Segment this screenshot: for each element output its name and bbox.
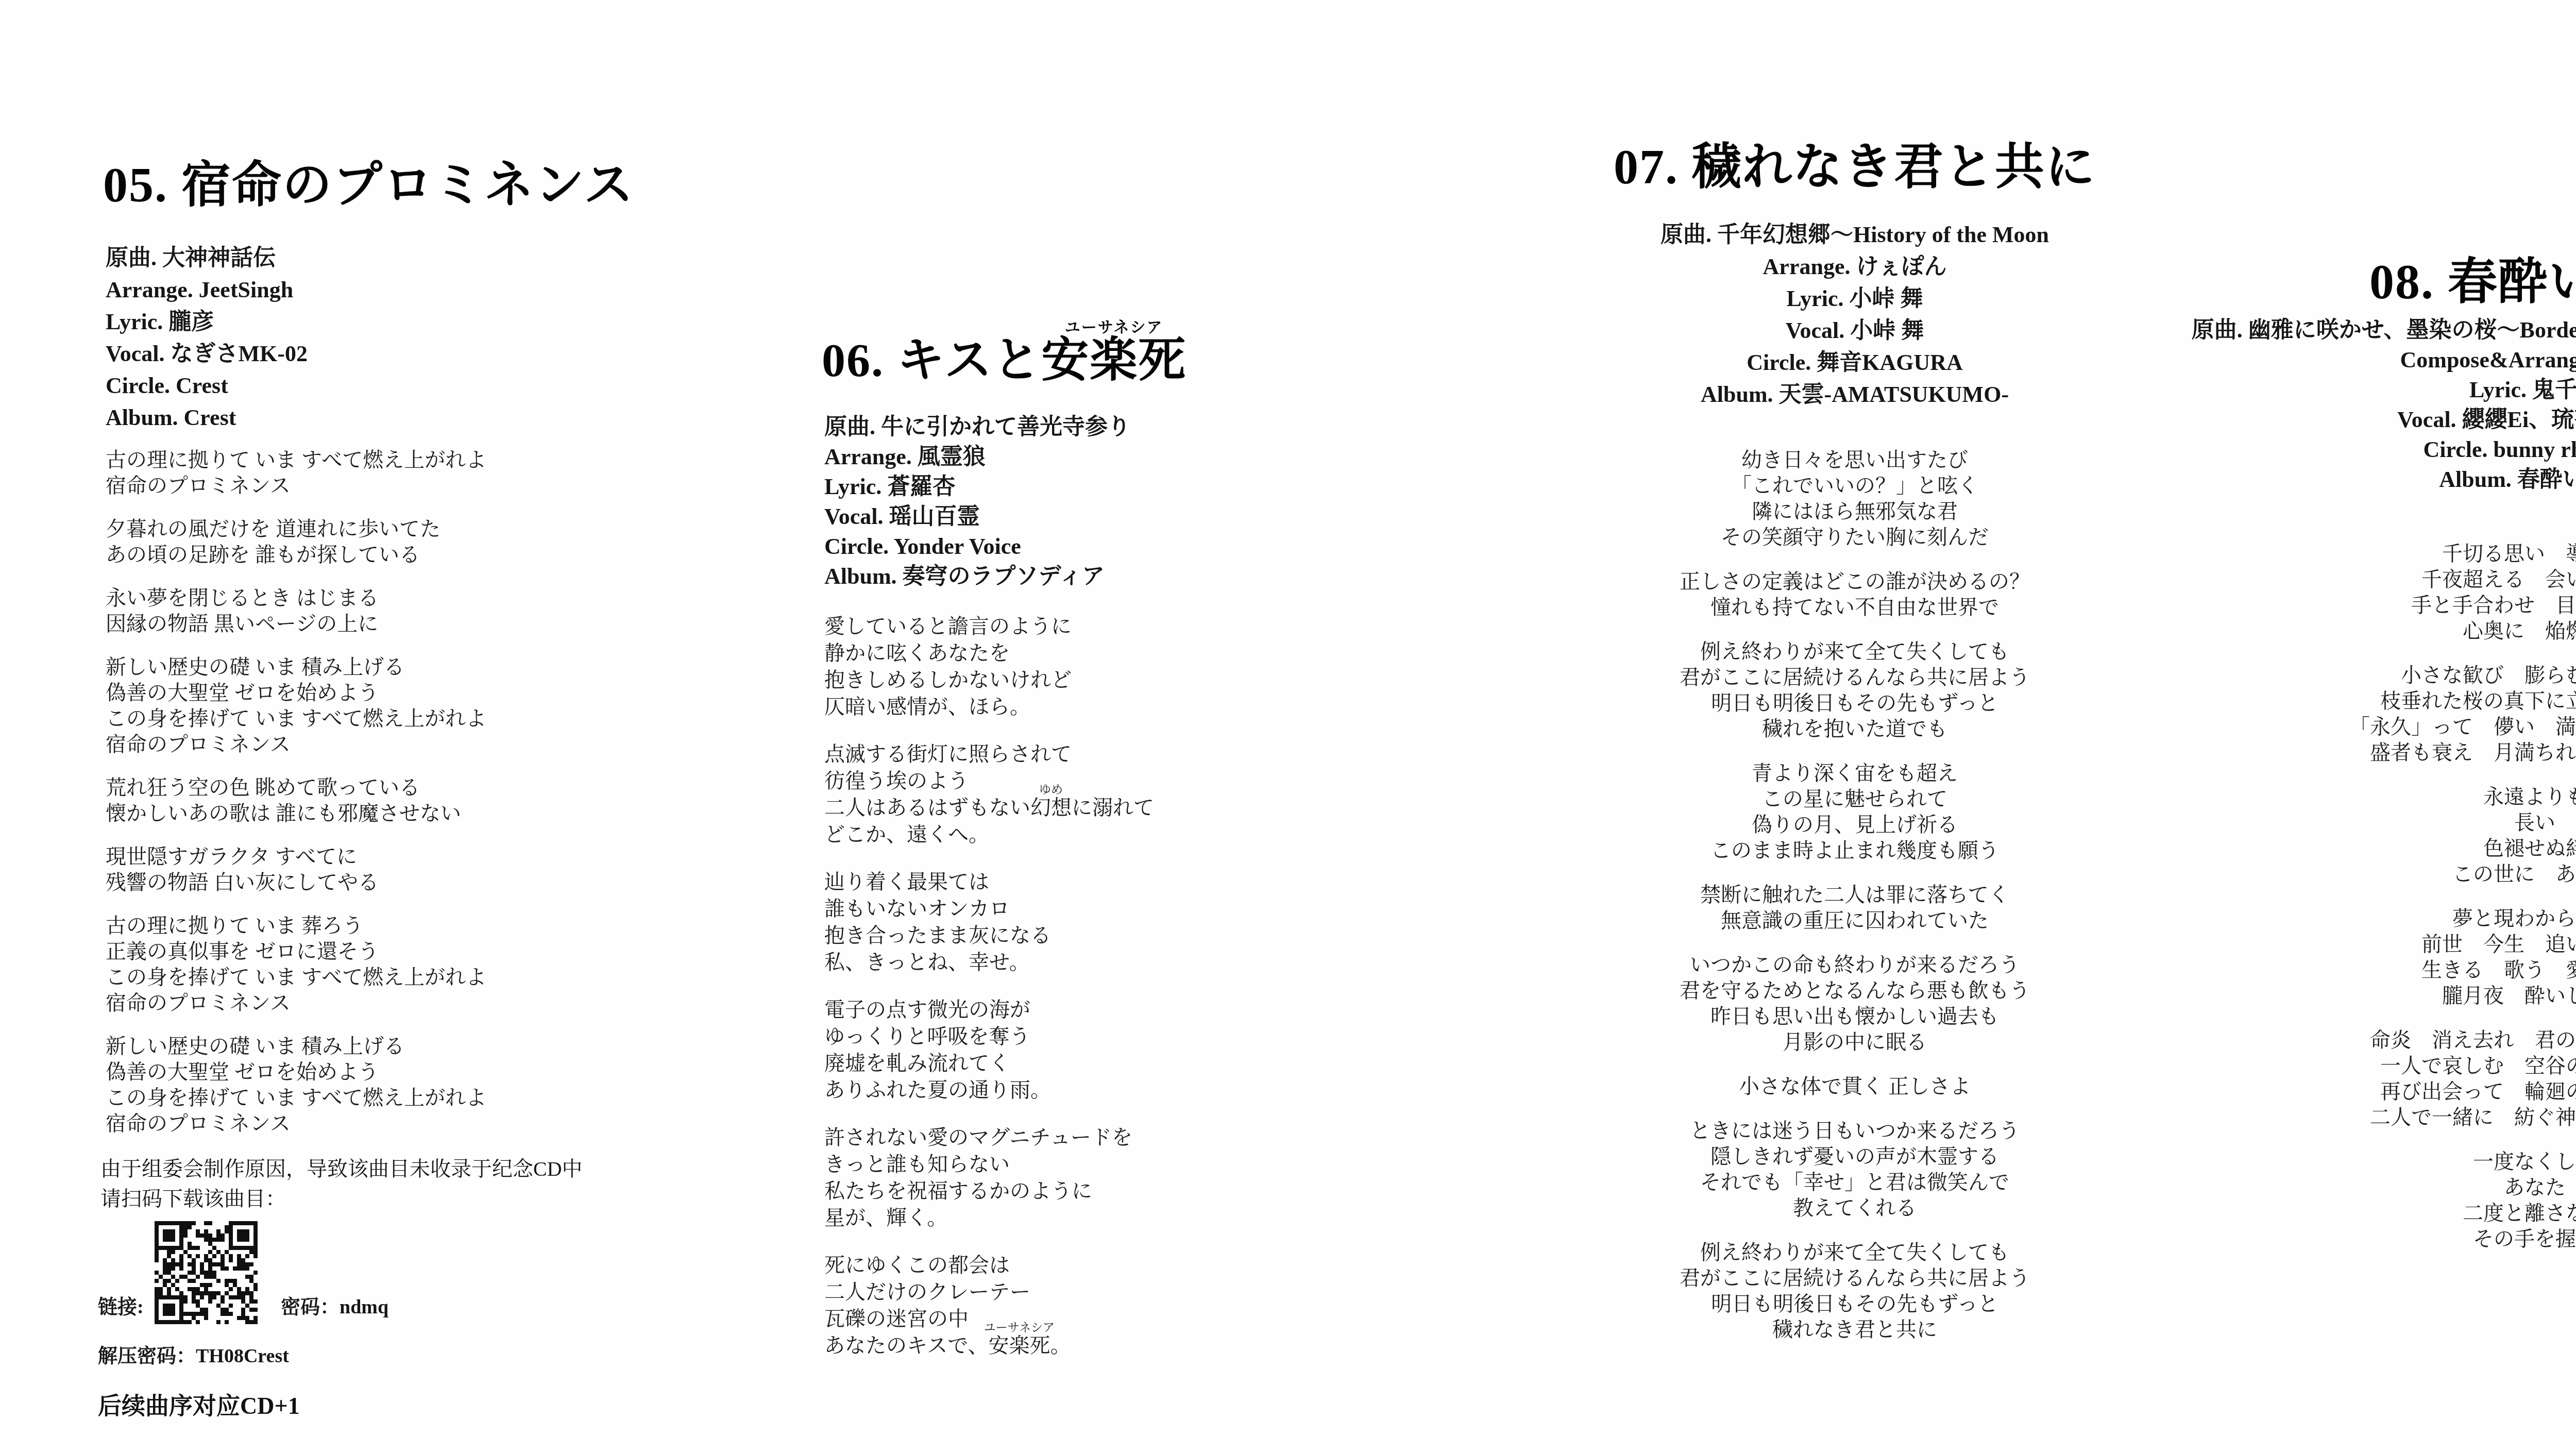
stanza-lines: 点滅する街灯に照らされて 彷徨う埃のよう [824, 741, 1468, 794]
ruby-line-post: 。 [1050, 1334, 1071, 1357]
stanza: 夕暮れの風だけを 道連れに歩いてた あの頃の足跡を 誰もが探している [106, 516, 750, 568]
stanza: 古の理に拠りて いま すべて燃え上がれよ 宿命のプロミネンス [106, 447, 750, 499]
ruby-line-pre: あなたのキスで、 [824, 1334, 988, 1357]
stanza: 禁断に触れた二人は罪に落ちてく 無意識の重圧に囚われていた [1520, 882, 2190, 934]
stanza: 例え終わりが来て全て失くしても 君がここに居続けるんなら共に居よう 明日も明後日… [1520, 639, 2190, 742]
song-06-lyrics: 愛していると譫言のように 静かに呟くあなたを 抱きしめるしかないけれど 仄暗い感… [824, 613, 1468, 1380]
stanza: 命炎 消え去れ 君の身抱いて慟哭 一人で哀しむ 空谷のような隙間 再び出会って … [2200, 1027, 2576, 1130]
stanza: 死にゆくこの都会は 二人だけのクレーテー 瓦礫の迷宮の中 あなたのキスで、ユーサ… [824, 1252, 1468, 1359]
stanza: 永い夢を閉じるとき はじまる 因縁の物語 黒いページの上に [106, 585, 750, 637]
ruby-text: ユーサネシア [984, 1322, 1055, 1333]
ruby-line-pre: 二人はあるはずもない [824, 796, 1030, 819]
song-05-title: 05. 宿命のプロミネンス [103, 157, 634, 213]
stanza: 新しい歴史の礎 いま 積み上げる 偽善の大聖堂 ゼロを始めよう この身を捧げて … [106, 654, 750, 757]
download-note: 由于组委会制作原因，导致该曲目未收录于纪念CD中 请扫码下载该曲目： [100, 1154, 822, 1214]
ruby-base: 幻想 [1030, 796, 1072, 819]
stanza: 新しい歴史の礎 いま 積み上げる 偽善の大聖堂 ゼロを始めよう この身を捧げて … [106, 1034, 750, 1137]
stanza: 夢と現わからずに 前世 今生 追いかける 生きる 歌う 愛し合う 朧月夜 酔いし… [2200, 906, 2576, 1009]
booklet-page: 05. 宿命のプロミネンス 原曲. 大神神話伝 Arrange. JeetSin… [0, 0, 2576, 1454]
song-06-credits: 原曲. 牛に引かれて善光寺参り Arrange. 風霊狼 Lyric. 蒼羅杏 … [824, 412, 1130, 591]
stanza: 正しさの定義はどこの誰が決めるの？ 憧れも持てない不自由な世界で [1520, 569, 2190, 620]
stanza: 電子の点す微光の海が ゆっくりと呼吸を奪う 廃墟を軋み流れてく ありふれた夏の通… [824, 996, 1468, 1104]
ruby-annotation: ユーサネシア安楽死 [988, 1332, 1050, 1359]
ruby-base: 安楽死 [1041, 334, 1187, 386]
qr-code [155, 1221, 258, 1324]
followup-note: 后续曲序对应CD+1 [98, 1387, 300, 1421]
ruby-line: あなたのキスで、ユーサネシア安楽死。 [824, 1332, 1468, 1359]
song-08-credits: 原曲. 幽雅に咲かせ、墨染の桜～Border of Life / ネクロファンタ… [2169, 315, 2576, 495]
link-label: 链接: [98, 1291, 144, 1319]
song-08-title: 08. 春酔い花唄 [2200, 253, 2576, 310]
song-06-title-pre: 06. キスと [822, 334, 1041, 386]
stanza: 辿り着く最果ては 誰もいないオンカロ 抱き合ったまま灰になる 私、きっとね、幸せ… [824, 869, 1468, 976]
ruby-text: ゆめ [1039, 784, 1063, 796]
song-07-lyrics: 幼き日々を思い出すたび 「これでいいの？」と呟く 隣にはほら無邪気な君 その笑顔… [1520, 447, 2190, 1361]
stanza-lines: どこか、遠くへ。 [824, 821, 1468, 848]
stanza: 現世隠すガラクタ すべてに 残響の物語 白い灰にしてやる [106, 844, 750, 895]
unzip-password-label: 解压密码：TH08Crest [98, 1340, 289, 1368]
stanza: 幼き日々を思い出すたび 「これでいいの？」と呟く 隣にはほら無邪気な君 その笑顔… [1520, 447, 2190, 550]
stanza-lines: 死にゆくこの都会は 二人だけのクレーテー 瓦礫の迷宮の中 [824, 1252, 1468, 1332]
download-note-line1: 由于组委会制作原因，导致该曲目未收录于纪念CD中 [100, 1157, 583, 1180]
song-06-title-ruby: ユーサネシア安楽死 [1041, 333, 1187, 388]
stanza: 千切る思い 導かれ 千夜超える 会いに行く 手と手合わせ 目を見つめ 心奥に 焔… [2200, 541, 2576, 644]
stanza: 例え終わりが来て全て失くしても 君がここに居続けるんなら共に居よう 明日も明後日… [1520, 1240, 2190, 1343]
stanza: 荒れ狂う空の色 眺めて歌っている 懐かしいあの歌は 誰にも邪魔させない [106, 775, 750, 826]
stanza: 点滅する街灯に照らされて 彷徨う埃のよう 二人はあるはずもないゆめ幻想に溺れて … [824, 741, 1468, 848]
password-label: 密码：ndmq [281, 1291, 388, 1319]
song-05-credits: 原曲. 大神神話伝 Arrange. JeetSingh Lyric. 朧彦 V… [106, 242, 308, 434]
stanza: 愛していると譫言のように 静かに呟くあなたを 抱きしめるしかないけれど 仄暗い感… [824, 613, 1468, 720]
ruby-text: ユーサネシア [1065, 320, 1163, 335]
ruby-annotation: ゆめ幻想 [1030, 794, 1072, 821]
song-06-title: 06. キスとユーサネシア安楽死 [822, 333, 1187, 388]
stanza: 一度なくした あなた 二度と離さない その手を握る [2200, 1149, 2576, 1252]
song-07-credits: 原曲. 千年幻想郷～History of the Moon Arrange. け… [1520, 219, 2190, 411]
stanza: 青より深く宙をも超え この星に魅せられて 偽りの月、見上げ祈る このまま時よ止ま… [1520, 760, 2190, 864]
ruby-base: 安楽死 [988, 1334, 1050, 1357]
song-07-title: 07. 穢れなき君と共に [1520, 139, 2190, 195]
stanza: 永遠よりも 長い 色褪せぬ絆 この世に あるよ [2200, 784, 2576, 887]
stanza: 許されない愛のマグニチュードを きっと誰も知らない 私たちを祝福するかのように … [824, 1124, 1468, 1231]
download-note-line2: 请扫码下载该曲目： [100, 1187, 286, 1210]
stanza: 小さな歓び 膨らむ桜花の蕾 枝垂れた桜の真下に立て羽音聞く 「永久」って 儚い … [2200, 663, 2576, 766]
song-08-lyrics: 千切る思い 導かれ 千夜超える 会いに行く 手と手合わせ 目を見つめ 心奥に 焔… [2200, 541, 2576, 1271]
stanza: いつかこの命も終わりが来るだろう 君を守るためとなるんなら悪も飲もう 昨日も思い… [1520, 952, 2190, 1055]
stanza: ときには迷う日もいつか来るだろう 隠しきれず憂いの声が木霊する それでも「幸せ」… [1520, 1118, 2190, 1221]
song-05-lyrics: 古の理に拠りて いま すべて燃え上がれよ 宿命のプロミネンス 夕暮れの風だけを … [106, 447, 750, 1154]
ruby-line: 二人はあるはずもないゆめ幻想に溺れて [824, 794, 1468, 821]
ruby-line-post: に溺れて [1072, 796, 1154, 819]
stanza: 小さな体で貫く 正しさよ [1520, 1074, 2190, 1100]
stanza: 古の理に拠りて いま 葬ろう 正義の真似事を ゼロに還そう この身を捧げて いま… [106, 913, 750, 1016]
